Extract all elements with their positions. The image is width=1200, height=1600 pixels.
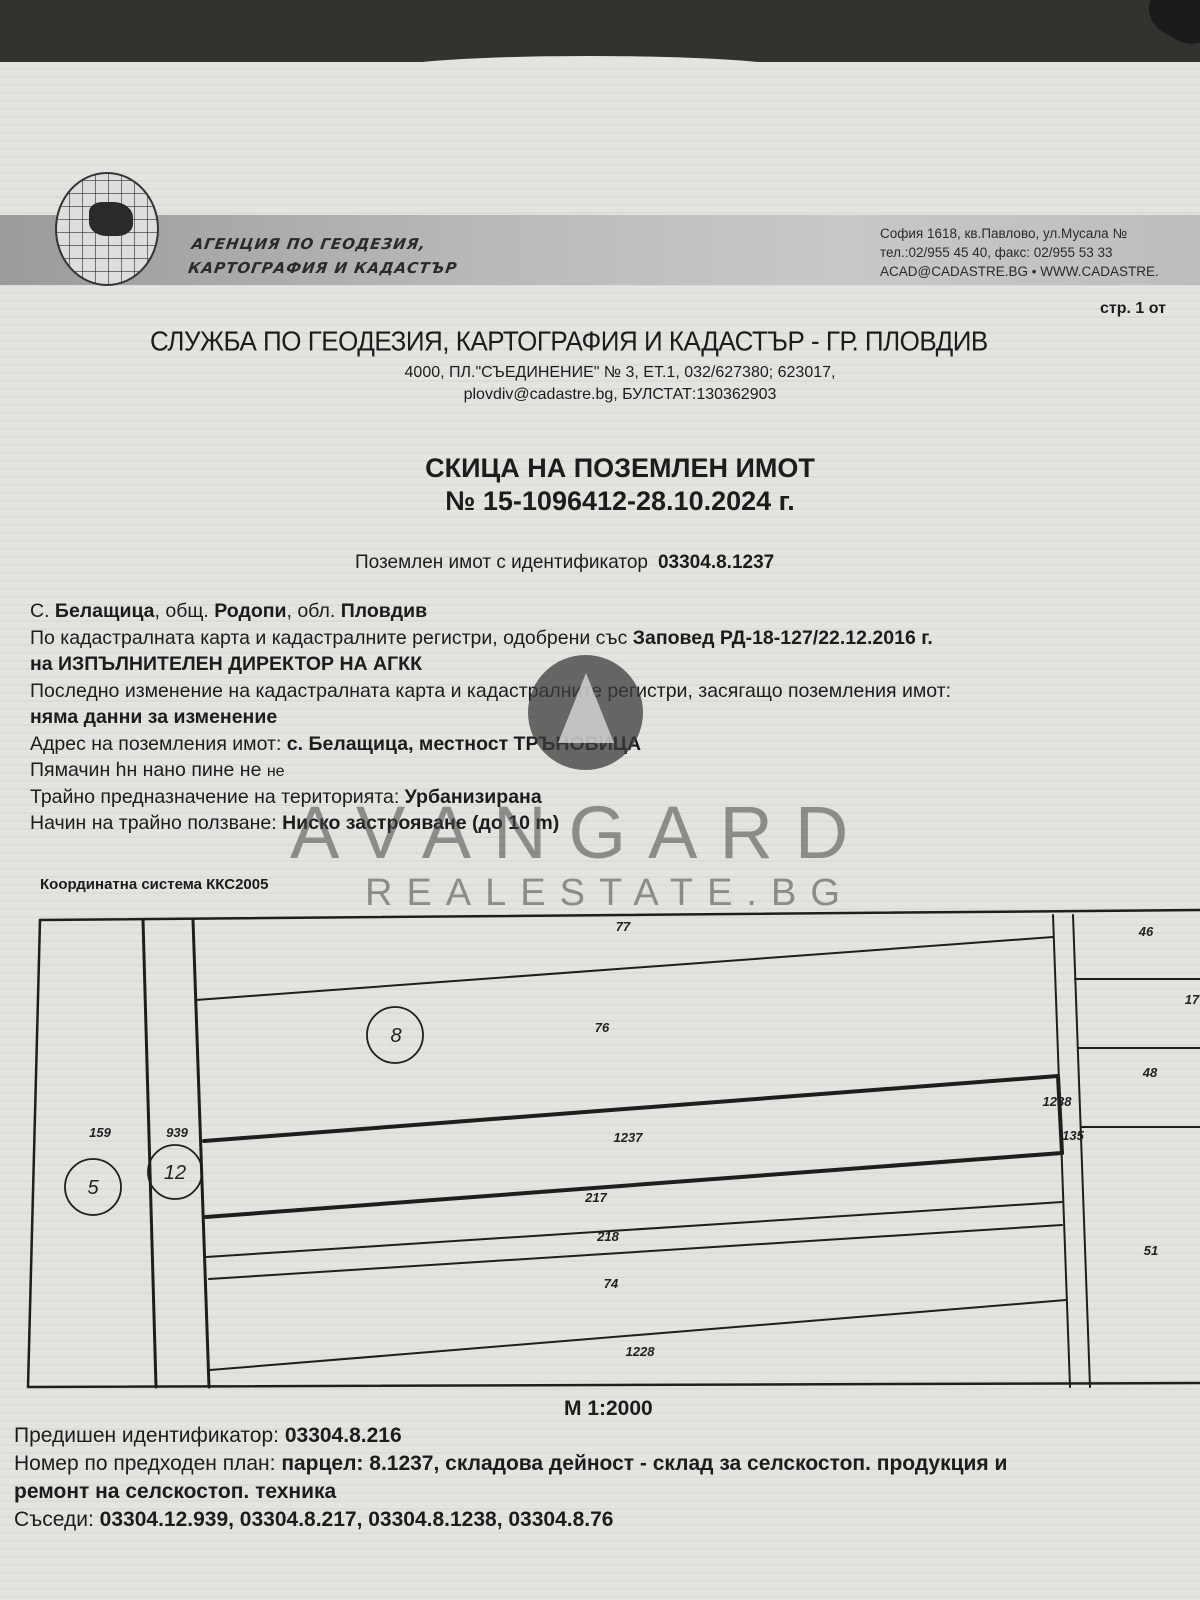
issuer: на ИЗПЪЛНИТЕЛЕН ДИРЕКТОР НА АГКК (30, 653, 422, 675)
parcel-74: 74 (604, 1276, 619, 1291)
issuer-row: на ИЗПЪЛНИТЕЛЕН ДИРЕКТОР НА АГКК (30, 651, 951, 678)
previous-plan-row-cont: ремонт на селскостоп. техника (14, 1478, 1007, 1506)
document-number: № 15-1096412-28.10.2024 г. (0, 485, 1200, 518)
watermark-sub: REALESTATE.BG (365, 872, 854, 915)
map-scale: М 1:2000 (564, 1397, 653, 1421)
municipality-prefix: , общ. (155, 600, 209, 622)
parcel-1238: 1238 (1043, 1094, 1073, 1109)
parcel-17: 17 (1185, 992, 1200, 1007)
coordinate-system: Координатна система ККС2005 (40, 876, 268, 893)
neighbours-label: Съседи: (14, 1508, 94, 1531)
parcel-46: 46 (1138, 924, 1154, 939)
parcel-135: 135 (1062, 1128, 1084, 1143)
agency-name: АГЕНЦИЯ ПО ГЕОДЕЗИЯ, КАРТОГРАФИЯ И КАДАС… (187, 232, 463, 280)
cadastral-map: 77 76 1237 217 218 74 1228 159 939 46 17… (0, 895, 1200, 1395)
parcel-1237: 1237 (614, 1130, 644, 1145)
usage-label: Начин на трайно ползване: (30, 812, 277, 834)
previous-plan-label: Номер по предходен план: (14, 1452, 275, 1475)
parcel-217: 217 (584, 1190, 607, 1205)
agency-contact: София 1618, кв.Павлово, ул.Мусала № тел.… (880, 224, 1159, 281)
parcel-77: 77 (616, 919, 631, 934)
cadastral-order: Заповед РД-18-127/22.12.2016 г. (633, 627, 933, 649)
parcel-939: 939 (166, 1125, 188, 1140)
location-row: С. Белащица, общ. Родопи, обл. Пловдив (30, 598, 951, 625)
identifier-line: Поземлен имот с идентификатор03304.8.123… (355, 552, 774, 574)
cadastral-row: По кадастралната карта и кадастралните р… (30, 625, 951, 652)
parcel-51: 51 (1144, 1243, 1158, 1258)
village: Белащица (55, 600, 155, 622)
agency-name-line2: КАРТОГРАФИЯ И КАДАСТЪР (187, 256, 460, 280)
garbled-row: Пямачин һн нано пине не не (30, 757, 951, 784)
logo-triangle (558, 673, 614, 743)
last-change-row: Последно изменение на кадастралната карт… (30, 678, 951, 705)
footer-info: Предишен идентификатор: 03304.8.216 Номе… (14, 1422, 1007, 1534)
agency-name-line1: АГЕНЦИЯ ПО ГЕОДЕЗИЯ, (190, 232, 463, 256)
parcel-218: 218 (596, 1229, 619, 1244)
address-row: Адрес на поземления имот: с. Белащица, м… (30, 731, 951, 758)
cadastral-label: По кадастралната карта и кадастралните р… (30, 627, 627, 649)
identifier-value: 03304.8.1237 (658, 552, 774, 573)
service-address-line1: 4000, ПЛ."СЪЕДИНЕНИЕ" № 3, ЕТ.1, 032/627… (0, 362, 1200, 384)
block-8: 8 (390, 1025, 401, 1047)
globe-bulgaria-icon (55, 172, 159, 286)
last-change-value: няма данни за изменение (30, 706, 277, 728)
neighbours-row: Съседи: 03304.12.939, 03304.8.217, 03304… (14, 1506, 1007, 1534)
region: Пловдив (341, 600, 427, 622)
previous-plan-row: Номер по предходен план: парцел: 8.1237,… (14, 1450, 1007, 1478)
agency-email-web: ACAD@CADASTRE.BG • WWW.CADASTRE. (880, 262, 1159, 281)
previous-id-value: 03304.8.216 (285, 1424, 402, 1447)
address-label: Адрес на поземления имот: (30, 733, 281, 755)
dark-object (1140, 0, 1200, 53)
region-prefix: , обл. (287, 600, 336, 622)
garbled-text: Пямачин һн нано пине не (30, 759, 261, 781)
municipality: Родопи (214, 600, 286, 622)
parcel-76: 76 (595, 1020, 610, 1035)
parcel-48: 48 (1142, 1065, 1158, 1080)
neighbours-value: 03304.12.939, 03304.8.217, 03304.8.1238,… (100, 1508, 614, 1531)
service-address: 4000, ПЛ."СЪЕДИНЕНИЕ" № 3, ЕТ.1, 032/627… (0, 362, 1200, 406)
block-5: 5 (87, 1177, 99, 1199)
watermark-brand: AVANGARD (290, 790, 870, 875)
page-indicator: стр. 1 от (1100, 300, 1166, 318)
document-title-text: СКИЦА НА ПОЗЕМЛЕН ИМОТ (0, 452, 1200, 485)
service-title: СЛУЖБА ПО ГЕОДЕЗИЯ, КАРТОГРАФИЯ И КАДАСТ… (150, 325, 988, 358)
parcel-159: 159 (89, 1125, 111, 1140)
previous-plan-value-cont: ремонт на селскостоп. техника (14, 1480, 336, 1503)
previous-plan-value: парцел: 8.1237, складова дейност - склад… (281, 1452, 1007, 1475)
bulgaria-map-icon (89, 202, 133, 236)
document-title: СКИЦА НА ПОЗЕМЛЕН ИМОТ № 15-1096412-28.1… (0, 452, 1200, 518)
village-prefix: С. (30, 600, 50, 622)
parcel-1228: 1228 (626, 1344, 656, 1359)
service-address-line2: plovdiv@cadastre.bg, БУЛСТАТ:130362903 (0, 384, 1200, 406)
previous-id-label: Предишен идентификатор: (14, 1424, 279, 1447)
identifier-label: Поземлен имот с идентификатор (355, 552, 648, 573)
last-change-value-row: няма данни за изменение (30, 704, 951, 731)
block-12: 12 (164, 1162, 186, 1184)
previous-id-row: Предишен идентификатор: 03304.8.216 (14, 1422, 1007, 1450)
last-change-label: Последно изменение на кадастралната карт… (30, 680, 951, 702)
garbled-text-end: не (267, 763, 285, 780)
agency-phone: тел.:02/955 45 40, факс: 02/955 53 33 (880, 243, 1159, 262)
agency-address: София 1618, кв.Павлово, ул.Мусала № (880, 224, 1159, 243)
avangard-logo-icon (528, 655, 643, 770)
